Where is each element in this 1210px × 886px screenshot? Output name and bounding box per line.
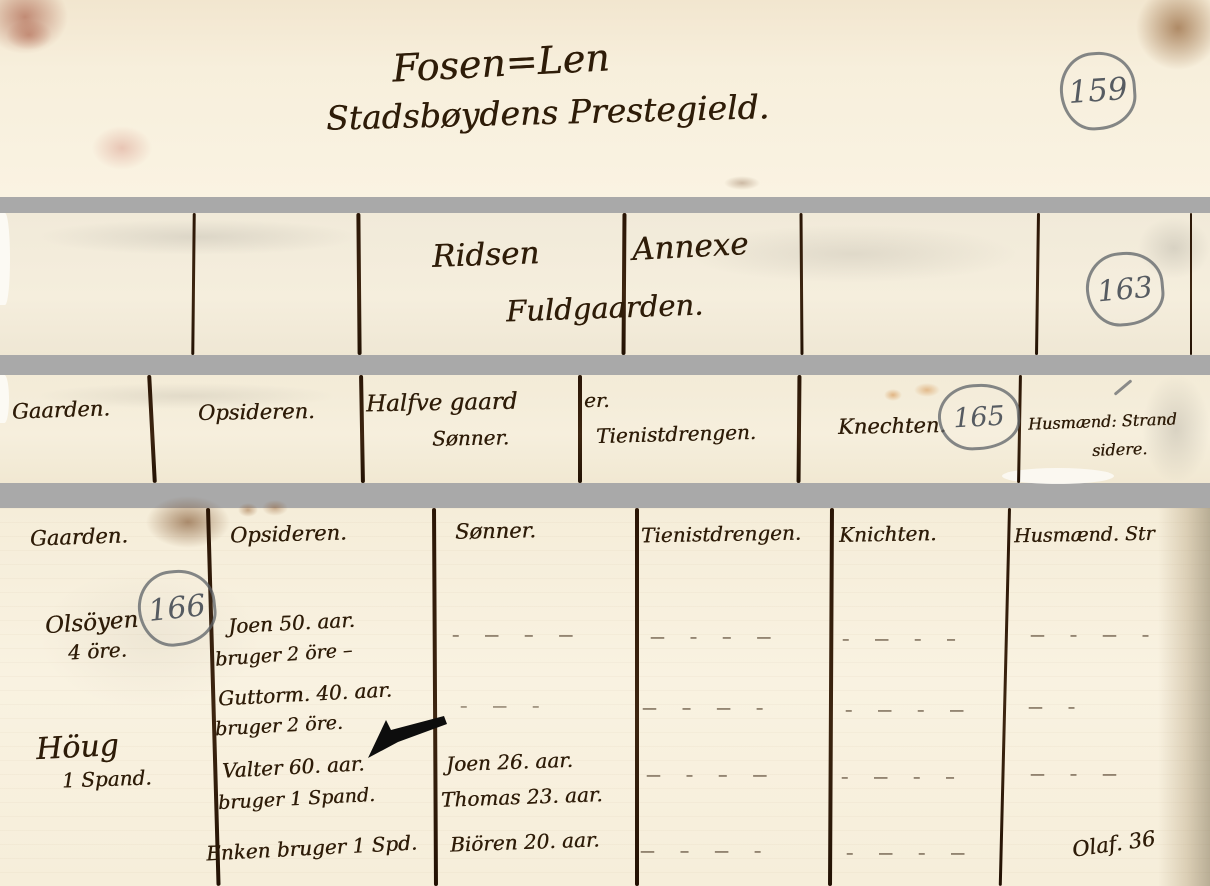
son-entry-line: Thomas 23. aar. [441, 784, 603, 810]
strip-census-table-166 [0, 508, 1210, 886]
annex-label: Annexe [631, 229, 749, 266]
ditto-marks: — – [1028, 698, 1078, 716]
ditto-marks: — – ‒ — [650, 628, 774, 646]
column-line [578, 375, 582, 483]
stain [0, 0, 68, 54]
header-halfve-gaarder: Halfve gaard [366, 391, 518, 417]
stain [238, 503, 258, 517]
farm-size-olsoyen: 4 öre. [68, 639, 128, 662]
document-title: Fosen=Len [391, 38, 610, 87]
page-number-text: 159 [1067, 71, 1129, 111]
header-gaarden: Gaarden. [12, 398, 111, 422]
ditto-marks: — ‒ — – [642, 699, 766, 717]
header-tienistdrengen: Tienistdrengen. [596, 422, 757, 446]
ditto-marks: – — – — [845, 701, 967, 719]
ditto-marks: – — – [460, 697, 543, 715]
ditto-marks: — – ‒ — [646, 766, 770, 784]
ditto-marks: — – — [1030, 765, 1120, 783]
page-number-text: 165 [952, 400, 1005, 434]
ditto-marks: – — – ‒ [842, 630, 959, 648]
manuscript-scan: Fosen=Len Stadsbøydens Prestegield. 159 … [0, 0, 1210, 886]
strip-annex-header [0, 213, 1210, 355]
page-curl-shadow [1158, 508, 1210, 886]
header-gaarden: Gaarden. [30, 525, 129, 549]
page-number-text: 163 [1096, 270, 1154, 309]
occupant-entry-line: Joen 50. aar. [228, 610, 356, 637]
stain [92, 126, 152, 170]
stain [1136, 0, 1210, 70]
header-husmend-cont: sidere. [1092, 441, 1148, 459]
son-entry-line: Biören 20. aar. [450, 829, 600, 854]
header-sonner: Sønner. [432, 427, 509, 448]
farm-class-label: Fuldgaarden. [506, 291, 704, 327]
stain [724, 176, 760, 190]
stain [262, 500, 288, 516]
annotation-arrow [368, 716, 450, 760]
header-knichten: Knichten. [839, 523, 937, 545]
ditto-marks: – — ‒ — [452, 626, 576, 644]
place-name: Ridsen [431, 238, 539, 273]
ditto-marks: — – — – [1030, 626, 1152, 644]
farm-name-houg: Höug [35, 731, 119, 765]
stain [884, 389, 902, 401]
header-tienistdrengen: Tienistdrengen. [641, 523, 801, 546]
son-entry-line: Joen 26. aar. [446, 750, 573, 774]
header-husmend: Husmænd. Str [1014, 525, 1155, 546]
farm-size-houg: 1 Spand. [62, 767, 152, 790]
ditto-marks: – — – — [846, 844, 968, 862]
column-line [1190, 213, 1192, 355]
header-halfve-gaarder-cont: er. [584, 390, 610, 410]
header-knechten: Knechten. [838, 415, 946, 438]
stain [6, 20, 52, 50]
header-opsideren: Opsideren. [230, 522, 347, 546]
ditto-marks: – — – ‒ [841, 768, 958, 786]
column-line [635, 508, 639, 886]
stain [146, 496, 230, 548]
ditto-marks: — ‒ — – [640, 842, 764, 860]
header-sonner: Sønner. [455, 520, 536, 542]
page-number-text: 166 [147, 588, 208, 629]
header-opsideren: Opsideren. [198, 401, 315, 424]
stain [914, 383, 940, 397]
show-through-smudge [38, 219, 358, 255]
